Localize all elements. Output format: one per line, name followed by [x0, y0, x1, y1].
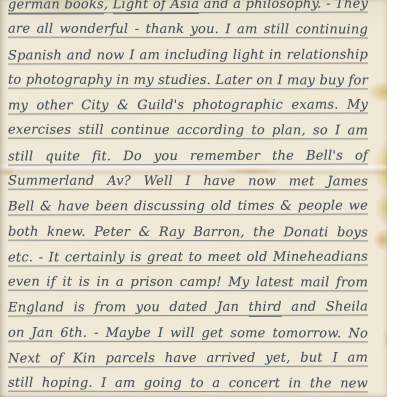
text-segment: etc. - It certainly is great to meet old… — [8, 249, 368, 265]
handwritten-line: Spanish and now I am including light in … — [8, 38, 368, 64]
handwritten-line: even if it is in a prison camp! My lates… — [8, 266, 368, 292]
handwritten-line: on Jan 6th. - Maybe I will get some tomo… — [8, 316, 368, 342]
handwritten-line: Bell & have been discussing old times & … — [8, 190, 368, 216]
ruled-lines-area: german books, Light of Asia and a philos… — [0, 0, 387, 397]
handwritten-line: german books, Light of Asia and a philos… — [8, 0, 368, 13]
text-segment: on Jan 6th. - Maybe I will get some tomo… — [8, 325, 368, 341]
text-segment: still hoping. I am going to a concert in… — [8, 376, 368, 392]
text-segment: both knew. Peter & Ray Barron, the Donat… — [8, 224, 368, 240]
text-segment: and a philosophy. - They — [199, 0, 368, 12]
handwritten-line: Next of Kin parcels have arrived yet, bu… — [8, 341, 368, 367]
text-segment: to photography in my studies. Later on I… — [8, 72, 368, 88]
text-segment: and Sheila — [282, 300, 368, 315]
handwritten-line: still quite fit. Do you remember the Bel… — [8, 139, 368, 165]
text-segment: , — [104, 0, 113, 12]
handwritten-line: etc. - It certainly is great to meet old… — [8, 240, 368, 266]
text-segment: even if it is in a prison camp! My lates… — [8, 275, 368, 291]
handwritten-line: both knew. Peter & Ray Barron, the Donat… — [8, 215, 368, 241]
text-segment: Summerland Av? Well I have now met James — [8, 174, 368, 190]
text-segment: Next of Kin parcels have arrived yet, bu… — [8, 350, 368, 366]
handwritten-line: to photography in my studies. Later on I… — [8, 63, 368, 89]
text-segment: are all wonderful - thank you. I am stil… — [8, 22, 368, 38]
handwritten-letter-page: german books, Light of Asia and a philos… — [0, 0, 387, 397]
handwritten-line: still hoping. I am going to a concert in… — [8, 367, 368, 393]
handwritten-line: exercises still continue according to pl… — [8, 114, 368, 140]
handwritten-line: Summerland Av? Well I have now met James — [8, 165, 368, 191]
text-segment: exercises still continue according to pl… — [8, 123, 368, 139]
scanned-letter: german books, Light of Asia and a philos… — [0, 0, 400, 400]
text-segment: Spanish and now I am including light in … — [8, 47, 368, 63]
handwritten-line: are all wonderful - thank you. I am stil… — [8, 13, 368, 39]
text-segment: England is from you dated Jan — [8, 300, 249, 316]
handwritten-line: my other City & Guild's photographic exa… — [8, 89, 368, 115]
text-segment: still quite fit. Do you remember the Bel… — [8, 148, 368, 164]
text-segment: Bell & have been discussing old times & … — [8, 199, 368, 215]
handwritten-line: England is from you dated Jan third and … — [8, 291, 368, 317]
text-segment: my other City & Guild's photographic exa… — [8, 98, 368, 114]
underlined-phrase: third — [249, 300, 282, 317]
underlined-phrase: Light of Asia — [113, 0, 200, 14]
